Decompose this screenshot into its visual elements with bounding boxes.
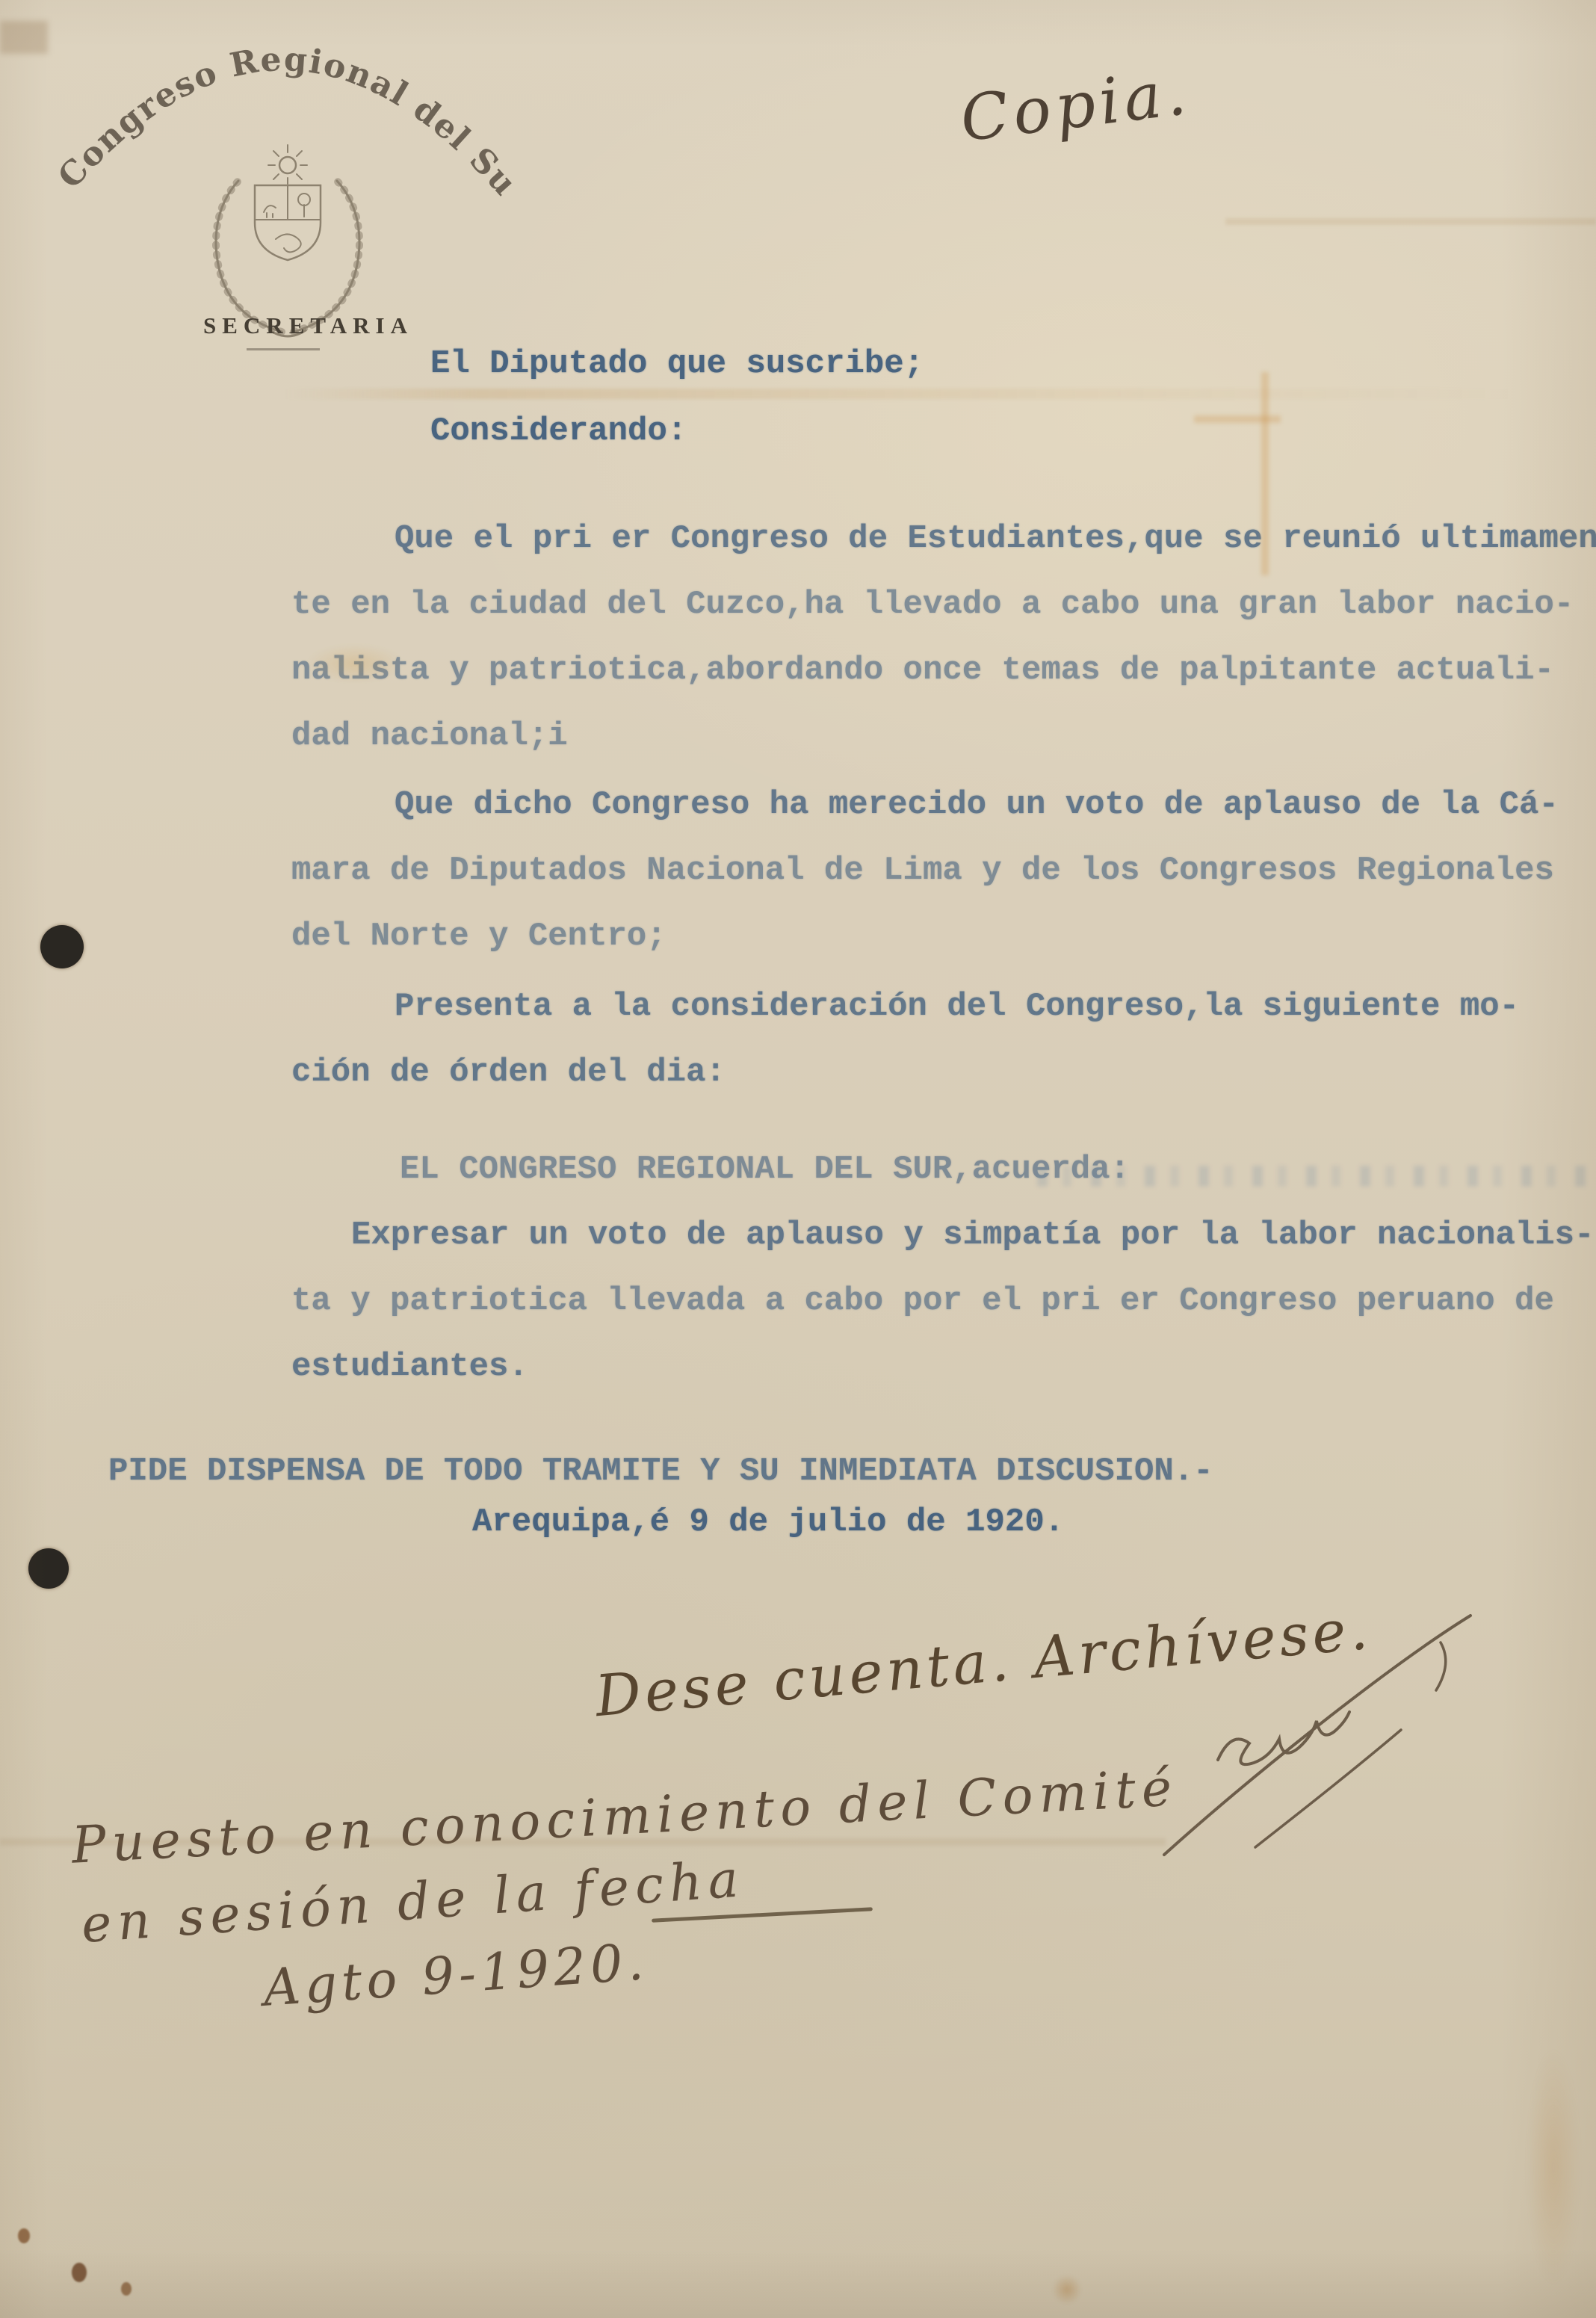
typed-line: nalista y patriotica,abordando once tema… (291, 652, 1554, 689)
typed-line: ta y patriotica llevada a cabo por el pr… (291, 1282, 1554, 1320)
svg-text:Congreso Regional del Sur: Congreso Regional del Sur (41, 21, 525, 204)
document-scan: { "letterhead": { "arc_title": "Congreso… (0, 0, 1596, 2318)
peru-coat-of-arms-icon (216, 145, 359, 336)
typed-line: Presenta a la consideración del Congreso… (395, 988, 1519, 1025)
considering-line: Considerando: (430, 412, 687, 450)
typed-line: dad nacional;i (291, 717, 568, 755)
typed-line: del Norte y Centro; (291, 918, 666, 955)
punch-hole (40, 925, 84, 968)
crease (1225, 218, 1596, 225)
dispensa-line: PIDE DISPENSA DE TODO TRAMITE Y SU INMED… (108, 1453, 1213, 1490)
salutation-line: El Diputado que suscribe; (430, 345, 924, 383)
typed-line: te en la ciudad del Cuzco,ha llevado a c… (291, 586, 1574, 623)
date-line: Arequipa,é 9 de julio de 1920. (472, 1503, 1064, 1541)
motion-heading: EL CONGRESO REGIONAL DEL SUR,acuerda: (400, 1151, 1130, 1188)
typed-line: Que dicho Congreso ha merecido un voto d… (395, 786, 1559, 823)
punch-hole (28, 1548, 69, 1589)
typed-line: estudiantes. (291, 1348, 528, 1385)
letterhead-office-label: SECRETARIA (203, 312, 413, 339)
stain (1527, 2047, 1580, 2287)
ink-ghost-smudge (1037, 1166, 1595, 1187)
typed-line: Expresar un voto de aplauso y simpatía p… (351, 1217, 1594, 1254)
handwritten-date-note: Agto 9-1920. (262, 1932, 650, 2018)
handwritten-copy-note: Copia. (956, 55, 1194, 156)
stain (18, 2228, 30, 2243)
stain (284, 389, 1584, 399)
letterhead: Congreso Regional del Sur (41, 21, 534, 357)
stain (1052, 2275, 1082, 2305)
typed-line: ción de órden del dia: (291, 1054, 726, 1091)
typed-line: Que el pri er Congreso de Estudiantes,qu… (395, 520, 1596, 557)
stain (1194, 415, 1281, 423)
stain (121, 2282, 132, 2296)
typed-line: mara de Diputados Nacional de Lima y de … (291, 852, 1554, 889)
stain (72, 2263, 87, 2282)
letterhead-arc-title: Congreso Regional del Sur (41, 21, 525, 204)
signature-flourish (1143, 1599, 1494, 1861)
letterhead-underline (247, 348, 320, 350)
